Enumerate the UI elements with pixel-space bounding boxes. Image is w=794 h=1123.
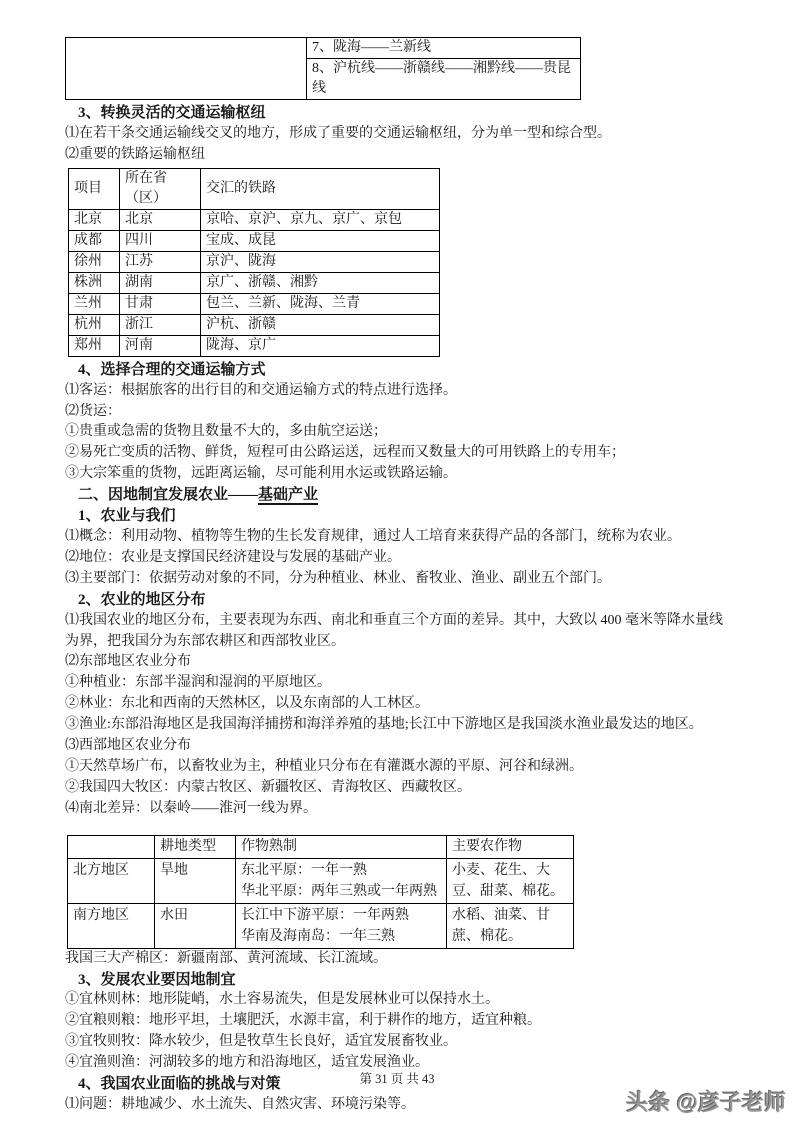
table-cell: 京广、浙赣、湘黔	[201, 272, 440, 293]
table-header-cell: 主要农作物	[447, 835, 574, 858]
paragraph: ⑴我国农业的地区分布，主要表现为东西、南北和垂直三个方面的差异。其中，大致以 4…	[65, 611, 733, 653]
paragraph: ①种植业：东部半湿润和湿润的平原地区。	[65, 673, 733, 694]
table-cell: 甘肃	[120, 293, 201, 314]
table-row: 7、陇海——兰新线	[66, 38, 581, 59]
section-heading-transport-mode: 4、选择合理的交通运输方式	[65, 360, 733, 381]
section-heading-transport-hub: 3、转换灵活的交通运输枢纽	[65, 103, 733, 124]
table-cell: 陇海、京广	[201, 335, 440, 356]
table-cell: 北京	[120, 209, 201, 230]
railway-hub-table: 项目 所在省（区） 交汇的铁路 北京 北京 京哈、京沪、京九、京广、京包 成都 …	[68, 168, 440, 357]
section-heading-agri-3: 3、发展农业要因地制宜	[65, 970, 733, 991]
chapter-heading-text: 二、因地制宜发展农业——	[78, 487, 258, 503]
table-cell: 株洲	[69, 272, 120, 293]
paragraph: ⑵货运：	[65, 402, 733, 423]
paragraph: ③渔业:东部沿海地区是我国海洋捕捞和海洋养殖的基地;长江中下游地区是我国淡水渔业…	[65, 715, 733, 736]
paragraph: ⑶西部地区农业分布	[65, 736, 733, 757]
table-cell: 京沪、陇海	[201, 251, 440, 272]
table-cell: 水稻、油菜、甘蔗、棉花。	[447, 903, 574, 948]
table-row: 杭州 浙江 沪杭、浙赣	[69, 314, 440, 335]
paragraph: ①天然草场广布，以畜牧业为主，种植业只分布在有灌溉水源的平原、河谷和绿洲。	[65, 757, 733, 778]
paragraph: ⑵地位：农业是支撑国民经济建设与发展的基础产业。	[65, 548, 733, 569]
table-header-cell	[68, 835, 155, 858]
table-cell: 宝成、成昆	[201, 230, 440, 251]
page-content: 7、陇海——兰新线 8、沪杭线——浙赣线——湘黔线——贵昆线 3、转换灵活的交通…	[65, 37, 733, 1116]
paragraph: ②易死亡变质的活物、鲜货，短程可由公路运送，远程而又数量大的可用铁路上的专用车；	[65, 443, 733, 464]
table-row: 徐州 江苏 京沪、陇海	[69, 251, 440, 272]
table-row: 北方地区 旱地 东北平原：一年一熟 华北平原：两年三熟或一年两熟 小麦、花生、大…	[68, 858, 574, 903]
section-heading-agri-1: 1、农业与我们	[65, 506, 733, 527]
table-cell: 7、陇海——兰新线	[307, 38, 581, 59]
crop-system-line: 华北平原：两年三熟或一年两熟	[241, 881, 441, 902]
table-row: 北京 北京 京哈、京沪、京九、京广、京包	[69, 209, 440, 230]
table-row: 成都 四川 宝成、成昆	[69, 230, 440, 251]
table-header-cell: 所在省（区）	[120, 168, 201, 209]
table-header-cell: 耕地类型	[155, 835, 236, 858]
table-cell: 长江中下游平原：一年两熟 华南及海南岛：一年三熟	[236, 903, 447, 948]
paragraph: ⑵东部地区农业分布	[65, 652, 733, 673]
table-cell: 徐州	[69, 251, 120, 272]
table-header-cell: 作物熟制	[236, 835, 447, 858]
crop-system-line: 长江中下游平原：一年两熟	[241, 905, 441, 926]
paragraph: ⑴概念：利用动物、植物等生物的生长发育规律，通过人工培育来获得产品的各部门，统称…	[65, 527, 733, 548]
table-cell: 南方地区	[68, 903, 155, 948]
table-cell: 沪杭、浙赣	[201, 314, 440, 335]
table-row: 郑州 河南 陇海、京广	[69, 335, 440, 356]
paragraph: ①贵重或急需的货物且数量不大的，多由航空运送；	[65, 422, 733, 443]
cotton-regions-note: 我国三大产棉区：新疆南部、黄河流域、长江流域。	[65, 949, 733, 970]
table-cell: 兰州	[69, 293, 120, 314]
paragraph: ②林业：东北和西南的天然林区，以及东南部的人工林区。	[65, 694, 733, 715]
document-page: 7、陇海——兰新线 8、沪杭线——浙赣线——湘黔线——贵昆线 3、转换灵活的交通…	[0, 0, 794, 1123]
table-row: 株洲 湖南 京广、浙赣、湘黔	[69, 272, 440, 293]
table-cell: 包兰、兰新、陇海、兰青	[201, 293, 440, 314]
paragraph: ②我国四大牧区：内蒙古牧区、新疆牧区、青海牧区、西藏牧区。	[65, 778, 733, 799]
crop-system-line: 东北平原：一年一熟	[241, 860, 441, 881]
paragraph: ②宜粮则粮：地形平坦，土壤肥沃，水源丰富，利于耕作的地方，适宜种粮。	[65, 1011, 733, 1032]
table-cell: 水田	[155, 903, 236, 948]
table-row: 南方地区 水田 长江中下游平原：一年两熟 华南及海南岛：一年三熟 水稻、油菜、甘…	[68, 903, 574, 948]
table-cell: 旱地	[155, 858, 236, 903]
table-cell-empty	[66, 38, 307, 100]
table-cell: 东北平原：一年一熟 华北平原：两年三熟或一年两熟	[236, 858, 447, 903]
table-cell: 杭州	[69, 314, 120, 335]
watermark: 头条 @彦子老师	[626, 1086, 786, 1117]
paragraph: ③宜牧则牧：降水较少，但是牧草生长良好，适宜发展畜牧业。	[65, 1032, 733, 1053]
table-cell: 郑州	[69, 335, 120, 356]
table-cell: 北京	[69, 209, 120, 230]
table-cell: 8、沪杭线——浙赣线——湘黔线——贵昆线	[307, 59, 581, 100]
table-row: 兰州 甘肃 包兰、兰新、陇海、兰青	[69, 293, 440, 314]
footer-page-number: 第 31 页 共 43	[0, 1069, 794, 1087]
table-header-row: 项目 所在省（区） 交汇的铁路	[69, 168, 440, 209]
table-cell: 浙江	[120, 314, 201, 335]
paragraph: ⑵重要的铁路运输枢纽	[65, 145, 733, 166]
chapter-heading-agriculture: 二、因地制宜发展农业——基础产业	[65, 485, 733, 506]
paragraph: ⑶主要部门：依据劳动对象的不同，分为种植业、林业、畜牧业、渔业、副业五个部门。	[65, 569, 733, 590]
continued-rail-lines-table: 7、陇海——兰新线 8、沪杭线——浙赣线——湘黔线——贵昆线	[65, 37, 581, 100]
table-header-cell: 项目	[69, 168, 120, 209]
table-cell: 北方地区	[68, 858, 155, 903]
farmland-comparison-table: 耕地类型 作物熟制 主要农作物 北方地区 旱地 东北平原：一年一熟 华北平原：两…	[67, 835, 574, 949]
section-heading-agri-2: 2、农业的地区分布	[65, 590, 733, 611]
table-cell: 四川	[120, 230, 201, 251]
paragraph: ③大宗笨重的货物，远距离运输，尽可能利用水运或铁路运输。	[65, 464, 733, 485]
table-header-row: 耕地类型 作物熟制 主要农作物	[68, 835, 574, 858]
chapter-heading-underlined-text: 基础产业	[258, 487, 318, 505]
table-cell: 江苏	[120, 251, 201, 272]
table-header-cell: 交汇的铁路	[201, 168, 440, 209]
paragraph: ⑴客运：根据旅客的出行目的和交通运输方式的特点进行选择。	[65, 381, 733, 402]
crop-system-line: 华南及海南岛：一年三熟	[241, 926, 441, 947]
paragraph: ①宜林则林：地形陡峭，水土容易流失，但是发展林业可以保持水土。	[65, 990, 733, 1011]
table-cell: 京哈、京沪、京九、京广、京包	[201, 209, 440, 230]
table-cell: 河南	[120, 335, 201, 356]
table-cell: 湖南	[120, 272, 201, 293]
paragraph: ⑴在若干条交通运输线交叉的地方，形成了重要的交通运输枢纽，分为单一型和综合型。	[65, 124, 733, 145]
paragraph: ⑷南北差异：以秦岭——淮河一线为界。	[65, 799, 733, 820]
table-cell: 成都	[69, 230, 120, 251]
table-cell: 小麦、花生、大豆、甜菜、棉花。	[447, 858, 574, 903]
